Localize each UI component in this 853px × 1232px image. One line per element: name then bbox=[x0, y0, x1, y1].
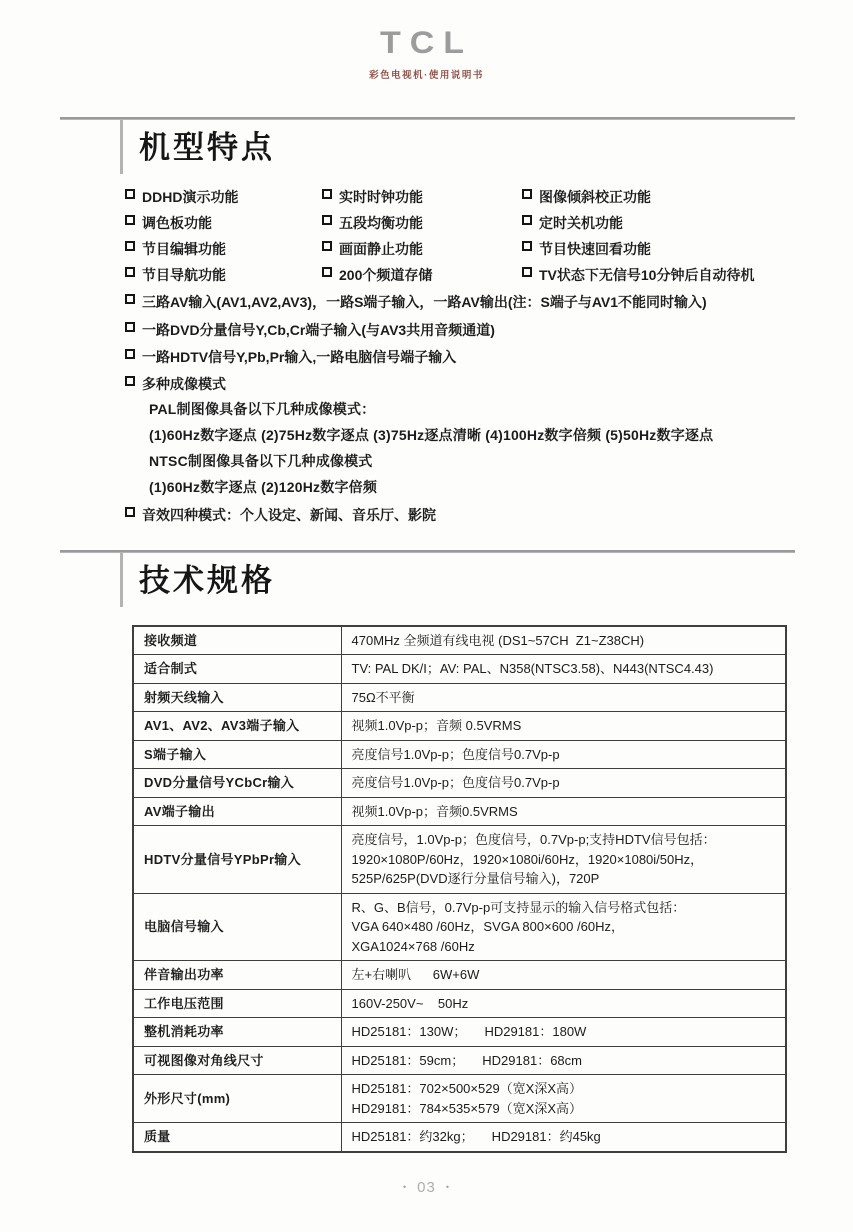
spec-value: HD25181：59cm； HD29181：68cm bbox=[341, 1046, 786, 1075]
checkbox-icon bbox=[322, 215, 332, 225]
footer-bullet-icon: • bbox=[446, 1182, 450, 1192]
specs-section-title: 技术规格 bbox=[139, 563, 795, 599]
spec-label: 外形尺寸(mm) bbox=[133, 1075, 341, 1123]
page-number: 03 bbox=[417, 1179, 436, 1196]
feature-item: 节目导航功能 bbox=[125, 266, 322, 284]
table-row: HDTV分量信号YPbPr输入亮度信号，1.0Vp-p；色度信号，0.7Vp-p… bbox=[133, 826, 786, 894]
feature-label: 多种成像模式 bbox=[142, 375, 226, 393]
feature-item: 五段均衡功能 bbox=[322, 214, 522, 232]
checkbox-icon bbox=[125, 294, 135, 304]
table-row: DVD分量信号YCbCr输入亮度信号1.0Vp-p；色度信号0.7Vp-p bbox=[133, 769, 786, 798]
feature-label: 节目导航功能 bbox=[142, 266, 226, 284]
spec-value: 视频1.0Vp-p；音频0.5VRMS bbox=[341, 797, 786, 826]
feature-label: 图像倾斜校正功能 bbox=[539, 188, 651, 206]
spec-value: R、G、B信号，0.7Vp-p可支持显示的输入信号格式包括： VGA 640×4… bbox=[341, 893, 786, 961]
spec-value: 亮度信号1.0Vp-p；色度信号0.7Vp-p bbox=[341, 740, 786, 769]
spec-value: HD25181：130W； HD29181：180W bbox=[341, 1018, 786, 1047]
features-section-head: 机型特点 bbox=[120, 120, 795, 174]
page-footer: •03• bbox=[0, 1179, 853, 1196]
spec-label: AV1、AV2、AV3端子输入 bbox=[133, 712, 341, 741]
feature-label: 调色板功能 bbox=[142, 214, 212, 232]
checkbox-icon bbox=[125, 267, 135, 277]
table-row: AV端子输出视频1.0Vp-p；音频0.5VRMS bbox=[133, 797, 786, 826]
checkbox-icon bbox=[522, 241, 532, 251]
manual-page: TCL 彩色电视机·使用说明书 机型特点 DDHD演示功能 实时时钟功能 图像倾… bbox=[0, 0, 853, 1232]
feature-label: 三路AV输入(AV1,AV2,AV3)，一路S端子输入，一路AV输出(注：S端子… bbox=[142, 293, 707, 311]
features-grid: DDHD演示功能 实时时钟功能 图像倾斜校正功能 调色板功能 五段均衡功能 定时… bbox=[125, 188, 797, 285]
spec-value: 亮度信号1.0Vp-p；色度信号0.7Vp-p bbox=[341, 769, 786, 798]
checkbox-icon bbox=[125, 241, 135, 251]
spec-value: HD25181：702×500×529（宽X深X高） HD29181：784×5… bbox=[341, 1075, 786, 1123]
manual-subtitle: 彩色电视机·使用说明书 bbox=[0, 67, 853, 81]
features-list: DDHD演示功能 实时时钟功能 图像倾斜校正功能 调色板功能 五段均衡功能 定时… bbox=[125, 188, 797, 524]
table-row: 可视图像对角线尺寸HD25181：59cm； HD29181：68cm bbox=[133, 1046, 786, 1075]
feature-item: 图像倾斜校正功能 bbox=[522, 188, 797, 206]
spec-value: 470MHz 全频道有线电视 (DS1~57CH Z1~Z38CH) bbox=[341, 626, 786, 655]
spec-label: 工作电压范围 bbox=[133, 989, 341, 1018]
spec-label: 射频天线输入 bbox=[133, 683, 341, 712]
feature-label: 一路HDTV信号Y,Pb,Pr输入,一路电脑信号端子输入 bbox=[142, 348, 456, 366]
checkbox-icon bbox=[125, 215, 135, 225]
feature-item: 画面静止功能 bbox=[322, 240, 522, 258]
spec-value: 视频1.0Vp-p；音频 0.5VRMS bbox=[341, 712, 786, 741]
feature-label: 定时关机功能 bbox=[539, 214, 623, 232]
feature-item: 节目快速回看功能 bbox=[522, 240, 797, 258]
feature-item: 三路AV输入(AV1,AV2,AV3)，一路S端子输入，一路AV输出(注：S端子… bbox=[125, 293, 797, 311]
spec-label: 整机消耗功率 bbox=[133, 1018, 341, 1047]
spec-value: 75Ω不平衡 bbox=[341, 683, 786, 712]
spec-value: HD25181：约32kg； HD29181：约45kg bbox=[341, 1123, 786, 1152]
feature-item: 调色板功能 bbox=[125, 214, 322, 232]
feature-item: 多种成像模式 bbox=[125, 375, 797, 393]
spec-label: 质量 bbox=[133, 1123, 341, 1152]
spec-value: TV: PAL DK/I；AV: PAL、N358(NTSC3.58)、N443… bbox=[341, 655, 786, 684]
table-row: 适合制式TV: PAL DK/I；AV: PAL、N358(NTSC3.58)、… bbox=[133, 655, 786, 684]
spec-label: S端子输入 bbox=[133, 740, 341, 769]
masthead: TCL 彩色电视机·使用说明书 bbox=[0, 0, 853, 81]
tcl-logo: TCL bbox=[380, 27, 473, 58]
feature-item: 实时时钟功能 bbox=[322, 188, 522, 206]
feature-label: 音效四种模式：个人设定、新闻、音乐厅、影院 bbox=[142, 506, 436, 524]
checkbox-icon bbox=[322, 267, 332, 277]
table-row: 工作电压范围160V-250V~ 50Hz bbox=[133, 989, 786, 1018]
feature-label: 五段均衡功能 bbox=[339, 214, 423, 232]
table-row: S端子输入亮度信号1.0Vp-p；色度信号0.7Vp-p bbox=[133, 740, 786, 769]
table-row: AV1、AV2、AV3端子输入视频1.0Vp-p；音频 0.5VRMS bbox=[133, 712, 786, 741]
imaging-mode-line: (1)60Hz数字逐点 (2)120Hz数字倍频 bbox=[149, 478, 797, 497]
spec-value: 160V-250V~ 50Hz bbox=[341, 989, 786, 1018]
spec-label: DVD分量信号YCbCr输入 bbox=[133, 769, 341, 798]
spec-label: 可视图像对角线尺寸 bbox=[133, 1046, 341, 1075]
table-row: 电脑信号输入R、G、B信号，0.7Vp-p可支持显示的输入信号格式包括： VGA… bbox=[133, 893, 786, 961]
spec-label: 接收频道 bbox=[133, 626, 341, 655]
checkbox-icon bbox=[125, 507, 135, 517]
feature-label: DDHD演示功能 bbox=[142, 188, 238, 206]
feature-label: 节目快速回看功能 bbox=[539, 240, 651, 258]
feature-label: 节目编辑功能 bbox=[142, 240, 226, 258]
feature-item: 定时关机功能 bbox=[522, 214, 797, 232]
feature-label: 一路DVD分量信号Y,Cb,Cr端子输入(与AV3共用音频通道) bbox=[142, 321, 495, 339]
table-row: 整机消耗功率HD25181：130W； HD29181：180W bbox=[133, 1018, 786, 1047]
table-row: 伴音输出功率左+右喇叭 6W+6W bbox=[133, 961, 786, 990]
spec-value: 左+右喇叭 6W+6W bbox=[341, 961, 786, 990]
spec-label: 适合制式 bbox=[133, 655, 341, 684]
feature-label: 200个频道存储 bbox=[339, 266, 432, 284]
checkbox-icon bbox=[522, 215, 532, 225]
spec-table: 接收频道470MHz 全频道有线电视 (DS1~57CH Z1~Z38CH) 适… bbox=[132, 625, 787, 1153]
spec-label: 伴音输出功率 bbox=[133, 961, 341, 990]
checkbox-icon bbox=[125, 349, 135, 359]
table-row: 射频天线输入75Ω不平衡 bbox=[133, 683, 786, 712]
spec-label: 电脑信号输入 bbox=[133, 893, 341, 961]
checkbox-icon bbox=[322, 189, 332, 199]
checkbox-icon bbox=[522, 267, 532, 277]
spec-label: AV端子输出 bbox=[133, 797, 341, 826]
feature-item: 一路DVD分量信号Y,Cb,Cr端子输入(与AV3共用音频通道) bbox=[125, 321, 797, 339]
feature-item: 200个频道存储 bbox=[322, 266, 522, 284]
feature-label: TV状态下无信号10分钟后自动待机 bbox=[539, 266, 754, 284]
checkbox-icon bbox=[322, 241, 332, 251]
table-row: 外形尺寸(mm)HD25181：702×500×529（宽X深X高） HD291… bbox=[133, 1075, 786, 1123]
spec-value: 亮度信号，1.0Vp-p；色度信号，0.7Vp-p;支持HDTV信号包括： 19… bbox=[341, 826, 786, 894]
checkbox-icon bbox=[125, 322, 135, 332]
imaging-mode-line: PAL制图像具备以下几种成像模式： bbox=[149, 400, 797, 419]
feature-item: 一路HDTV信号Y,Pb,Pr输入,一路电脑信号端子输入 bbox=[125, 348, 797, 366]
table-row: 接收频道470MHz 全频道有线电视 (DS1~57CH Z1~Z38CH) bbox=[133, 626, 786, 655]
imaging-mode-line: (1)60Hz数字逐点 (2)75Hz数字逐点 (3)75Hz逐点清晰 (4)1… bbox=[149, 426, 797, 445]
feature-item: DDHD演示功能 bbox=[125, 188, 322, 206]
imaging-mode-details: PAL制图像具备以下几种成像模式： (1)60Hz数字逐点 (2)75Hz数字逐… bbox=[149, 400, 797, 497]
features-section-title: 机型特点 bbox=[139, 130, 795, 166]
feature-item: 节目编辑功能 bbox=[125, 240, 322, 258]
imaging-mode-line: NTSC制图像具备以下几种成像模式 bbox=[149, 452, 797, 471]
feature-item: 音效四种模式：个人设定、新闻、音乐厅、影院 bbox=[125, 506, 797, 524]
table-row: 质量HD25181：约32kg； HD29181：约45kg bbox=[133, 1123, 786, 1152]
feature-label: 画面静止功能 bbox=[339, 240, 423, 258]
checkbox-icon bbox=[125, 189, 135, 199]
feature-label: 实时时钟功能 bbox=[339, 188, 423, 206]
footer-bullet-icon: • bbox=[403, 1182, 407, 1192]
checkbox-icon bbox=[125, 376, 135, 386]
specs-section-head: 技术规格 bbox=[120, 553, 795, 607]
spec-label: HDTV分量信号YPbPr输入 bbox=[133, 826, 341, 894]
feature-item: TV状态下无信号10分钟后自动待机 bbox=[522, 266, 797, 284]
checkbox-icon bbox=[522, 189, 532, 199]
